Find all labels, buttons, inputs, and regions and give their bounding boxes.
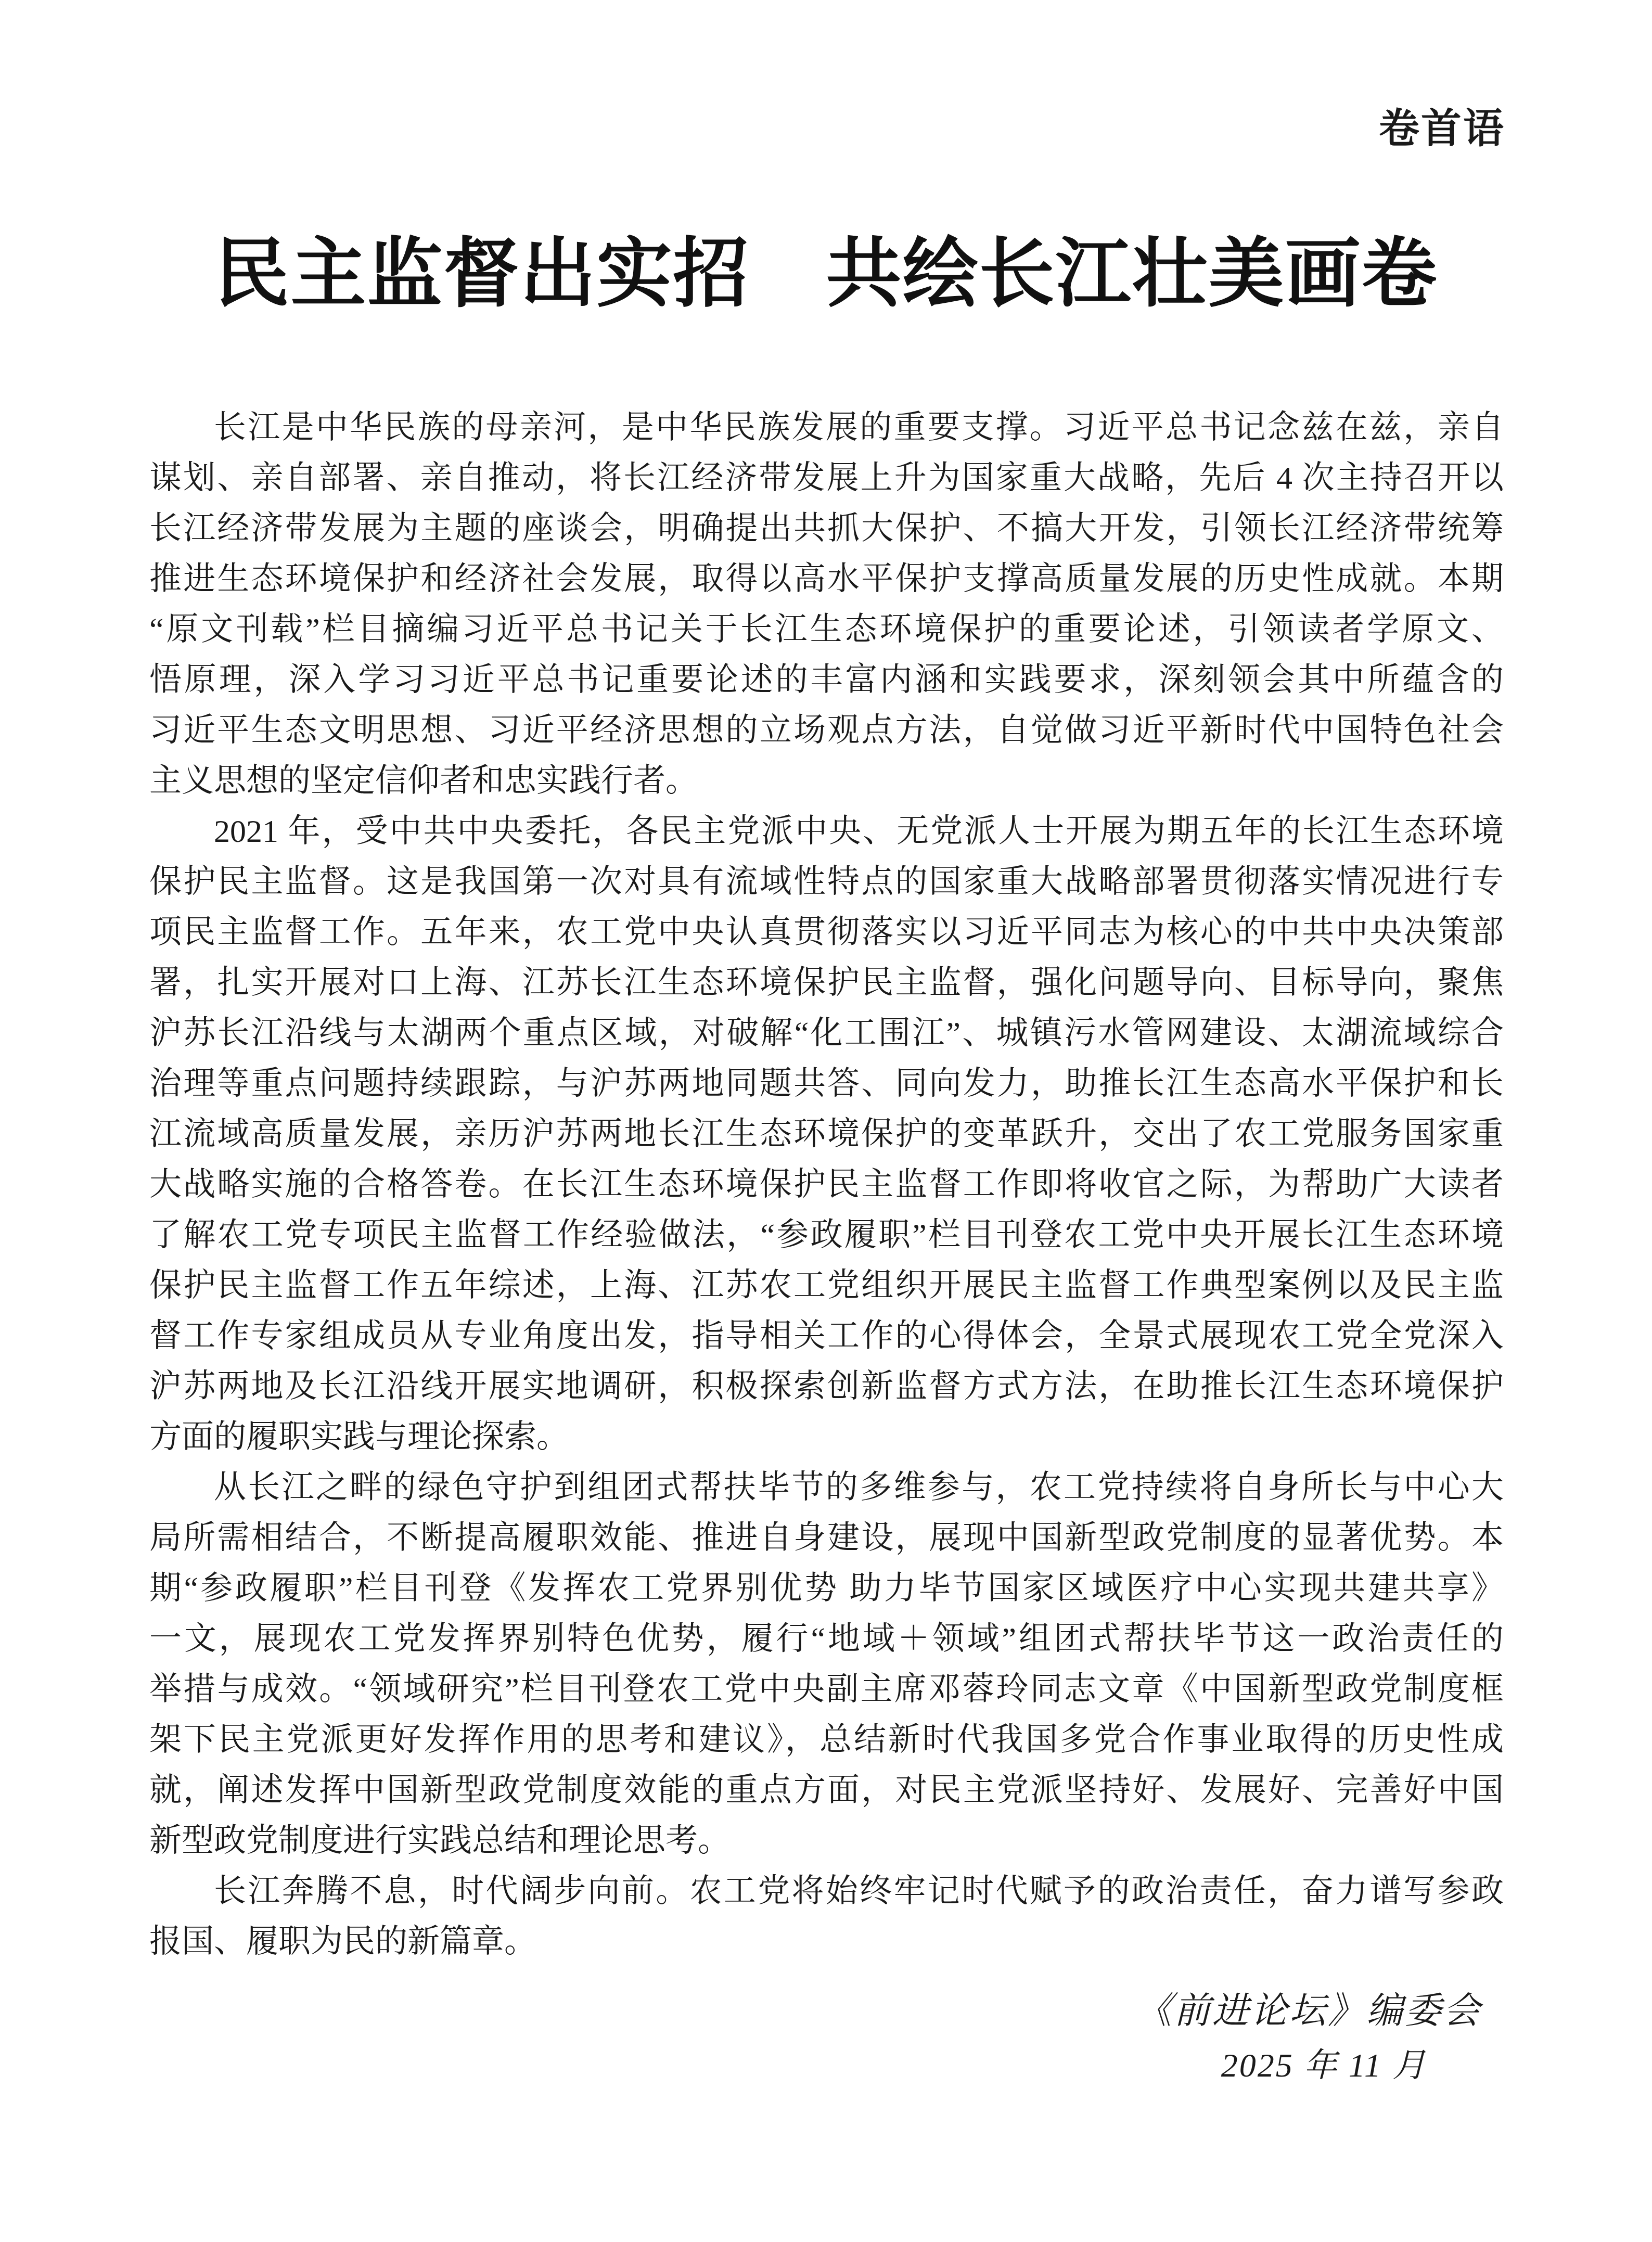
issue-date: 2025 年 11 月: [1221, 2046, 1427, 2086]
body-line: 2021 年，受中共中央委托，各民主党派中央、无党派人士开展为期五年的长江生态环…: [149, 806, 1504, 857]
body-line: “原文刊载”栏目摘编习近平总书记关于长江生态环境保护的重要论述，引领读者学原文、: [149, 605, 1504, 655]
body-line: 了解农工党专项民主监督工作经验做法，“参政履职”栏目刊登农工党中央开展长江生态环…: [149, 1210, 1504, 1261]
body-line: 保护民主监督。这是我国第一次对具有流域性特点的国家重大战略部署贯彻落实情况进行专: [149, 857, 1504, 907]
body-line: 署，扎实开展对口上海、江苏长江生态环境保护民主监督，强化问题导向、目标导向，聚焦: [149, 958, 1504, 1008]
body-line: 长江奔腾不息，时代阔步向前。农工党将始终牢记时代赋予的政治责任，奋力谱写参政: [149, 1866, 1504, 1917]
body-line: 从长江之畔的绿色守护到组团式帮扶毕节的多维参与，农工党持续将自身所长与中心大: [149, 1463, 1504, 1513]
body-line: 长江经济带发展为主题的座谈会，明确提出共抓大保护、不搞大开发，引领长江经济带统筹: [149, 504, 1504, 554]
body-line: 治理等重点问题持续跟踪，与沪苏两地同题共答、同向发力，助推长江生态高水平保护和长: [149, 1059, 1504, 1109]
body-line: 报国、履职为民的新篇章。: [149, 1917, 1504, 1967]
page-title: 民主监督出实招 共绘长江壮美画卷: [0, 228, 1652, 322]
body-line: 沪苏两地及长江沿线开展实地调研，积极探索创新监督方式方法，在助推长江生态环境保护: [149, 1362, 1504, 1412]
body-line: 举措与成效。“领域研究”栏目刊登农工党中央副主席邓蓉玲同志文章《中国新型政党制度…: [149, 1664, 1504, 1715]
body-line: 谋划、亲自部署、亲自推动，将长江经济带发展上升为国家重大战略，先后 4 次主持召…: [149, 453, 1504, 504]
body-line: 一文，展现农工党发挥界别特色优势，履行“地域＋领域”组团式帮扶毕节这一政治责任的: [149, 1614, 1504, 1664]
body-line: 江流域高质量发展，亲历沪苏两地长江生态环境保护的变革跃升，交出了农工党服务国家重: [149, 1109, 1504, 1160]
body-line: 局所需相结合，不断提高履职效能、推进自身建设，展现中国新型政党制度的显著优势。本: [149, 1513, 1504, 1564]
signature: 《前进论坛》编委会: [1135, 1990, 1482, 2033]
section-label: 卷首语: [1379, 108, 1505, 149]
body-line: 就，阐述发挥中国新型政党制度效能的重点方面，对民主党派坚持好、发展好、完善好中国: [149, 1765, 1504, 1816]
body-line: 悟原理，深入学习习近平总书记重要论述的丰富内涵和实践要求，深刻领会其中所蕴含的: [149, 655, 1504, 706]
body-line: 方面的履职实践与理论探索。: [149, 1412, 1504, 1463]
body-line: 架下民主党派更好发挥作用的思考和建议》，总结新时代我国多党合作事业取得的历史性成: [149, 1715, 1504, 1765]
body-line: 保护民主监督工作五年综述，上海、江苏农工党组织开展民主监督工作典型案例以及民主监: [149, 1261, 1504, 1311]
magazine-foreword-page: 卷首语 民主监督出实招 共绘长江壮美画卷 长江是中华民族的母亲河，是中华民族发展…: [0, 0, 1652, 2242]
body-line: 督工作专家组成员从专业角度出发，指导相关工作的心得体会，全景式展现农工党全党深入: [149, 1311, 1504, 1362]
body-text: 长江是中华民族的母亲河，是中华民族发展的重要支撑。习近平总书记念兹在兹，亲自谋划…: [149, 403, 1504, 1967]
body-line: 期“参政履职”栏目刊登《发挥农工党界别优势 助力毕节国家区域医疗中心实现共建共享…: [149, 1564, 1504, 1614]
body-line: 主义思想的坚定信仰者和忠实践行者。: [149, 756, 1504, 806]
body-line: 项民主监督工作。五年来，农工党中央认真贯彻落实以习近平同志为核心的中共中央决策部: [149, 907, 1504, 958]
body-line: 习近平生态文明思想、习近平经济思想的立场观点方法，自觉做习近平新时代中国特色社会: [149, 706, 1504, 756]
body-line: 新型政党制度进行实践总结和理论思考。: [149, 1816, 1504, 1866]
body-line: 推进生态环境保护和经济社会发展，取得以高水平保护支撑高质量发展的历史性成就。本期: [149, 554, 1504, 605]
body-line: 长江是中华民族的母亲河，是中华民族发展的重要支撑。习近平总书记念兹在兹，亲自: [149, 403, 1504, 453]
body-line: 大战略实施的合格答卷。在长江生态环境保护民主监督工作即将收官之际，为帮助广大读者: [149, 1160, 1504, 1210]
body-line: 沪苏长江沿线与太湖两个重点区域，对破解“化工围江”、城镇污水管网建设、太湖流域综…: [149, 1008, 1504, 1059]
